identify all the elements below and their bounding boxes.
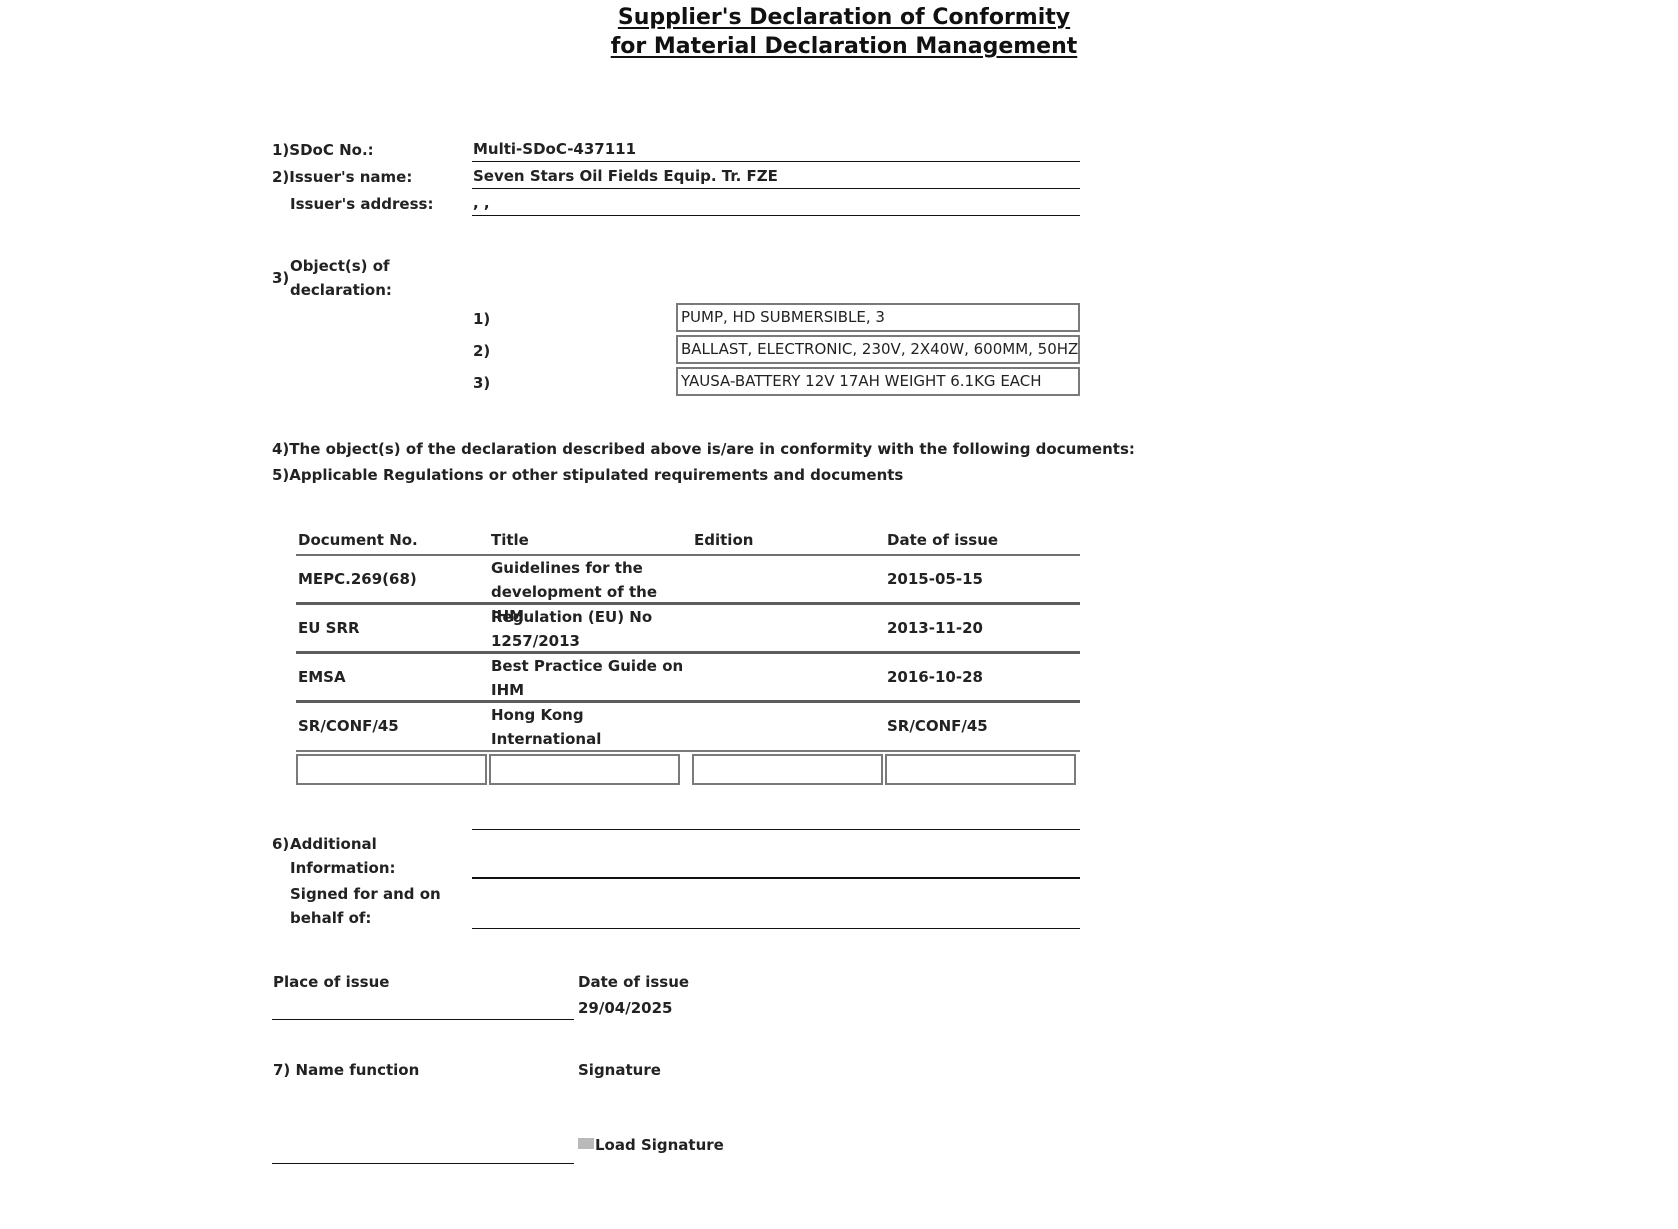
doc-no-cell: MEPC.269(68) <box>298 567 417 591</box>
date-cell: 2016-10-28 <box>887 665 983 689</box>
section-number: 3) <box>272 269 289 287</box>
object-index: 3) <box>473 374 490 392</box>
table-header: Document No. Title Edition Date of issue <box>296 526 1080 556</box>
issuer-address-field[interactable]: , , <box>472 192 1080 216</box>
signature-image-icon <box>578 1138 594 1149</box>
new-title-input[interactable] <box>489 754 680 785</box>
signed-on-behalf-label-line-2: behalf of: <box>290 906 371 930</box>
issuer-name-row-label: 2)Issuer's name: <box>272 165 412 189</box>
sdoc-no-label: SDoC No.: <box>289 141 373 159</box>
additional-info-field[interactable] <box>472 855 1080 879</box>
name-function-label: 7) Name function <box>273 1058 419 1082</box>
table-row: EMSA Best Practice Guide onIHM 2016-10-2… <box>296 654 1080 703</box>
objects-label-line-1: Object(s) of <box>290 254 390 278</box>
signed-on-behalf-label-line-1: Signed for and on <box>290 882 441 906</box>
date-cell: SR/CONF/45 <box>887 714 988 738</box>
column-header-date: Date of issue <box>887 528 998 552</box>
object-index: 1) <box>473 310 490 328</box>
new-document-row <box>296 754 1080 788</box>
conformity-statement: 4)The object(s) of the declaration descr… <box>272 437 1135 461</box>
regulations-heading: 5)Applicable Regulations or other stipul… <box>272 463 903 487</box>
name-function-field[interactable] <box>272 1140 574 1164</box>
section-number: 5) <box>272 466 289 484</box>
section-number: 2) <box>272 168 289 186</box>
table-row: SR/CONF/45 Hong Kong InternationalConven… <box>296 703 1080 752</box>
doc-no-cell: EMSA <box>298 665 346 689</box>
title-line-2: for Material Declaration Management <box>611 34 1078 59</box>
additional-info-top-line <box>472 829 1080 830</box>
documents-table: Document No. Title Edition Date of issue… <box>296 526 1080 788</box>
issuer-name-field[interactable]: Seven Stars Oil Fields Equip. Tr. FZE <box>472 165 1080 189</box>
object-index: 2) <box>473 342 490 360</box>
new-date-input[interactable] <box>885 754 1076 785</box>
title-cell: Regulation (EU) No1257/2013 <box>491 605 691 653</box>
signed-on-behalf-field[interactable] <box>472 905 1080 929</box>
date-of-issue-value[interactable]: 29/04/2025 <box>578 996 672 1020</box>
date-cell: 2015-05-15 <box>887 567 983 591</box>
column-header-edition: Edition <box>694 528 753 552</box>
place-of-issue-label: Place of issue <box>273 970 389 994</box>
additional-info-label-line-2: Information: <box>290 856 396 880</box>
regulations-text: Applicable Regulations or other stipulat… <box>289 466 903 484</box>
new-doc-no-input[interactable] <box>296 754 487 785</box>
document-title: Supplier's Declaration of Conformity for… <box>560 3 1128 61</box>
sdoc-number-row-label: 1)SDoC No.: <box>272 138 374 162</box>
object-field-2[interactable]: BALLAST, ELECTRONIC, 230V, 2X40W, 600MM,… <box>676 335 1080 364</box>
load-signature-button[interactable]: Load Signature <box>578 1133 724 1157</box>
issuer-address-label: Issuer's address: <box>290 192 433 216</box>
column-header-document-no: Document No. <box>298 528 418 552</box>
objects-label-line-2: declaration: <box>290 278 392 302</box>
section-number: 4) <box>272 440 289 458</box>
conformity-text: The object(s) of the declaration describ… <box>289 440 1135 458</box>
object-field-3[interactable]: YAUSA-BATTERY 12V 17AH WEIGHT 6.1KG EACH <box>676 367 1080 396</box>
place-of-issue-field[interactable] <box>272 996 574 1020</box>
section-number: 1) <box>272 141 289 159</box>
load-signature-label: Load Signature <box>595 1136 724 1154</box>
issuer-name-label: Issuer's name: <box>289 168 412 186</box>
doc-no-cell: SR/CONF/45 <box>298 714 399 738</box>
doc-no-cell: EU SRR <box>298 616 360 640</box>
date-cell: 2013-11-20 <box>887 616 983 640</box>
signature-label: Signature <box>578 1058 661 1082</box>
object-field-1[interactable]: PUMP, HD SUBMERSIBLE, 3 <box>676 303 1080 332</box>
additional-info-label-line-1: Additional <box>290 832 377 856</box>
title-line-1: Supplier's Declaration of Conformity <box>618 5 1070 30</box>
date-of-issue-label: Date of issue <box>578 970 689 994</box>
section-number: 6) <box>272 835 289 853</box>
title-cell: Best Practice Guide onIHM <box>491 654 691 702</box>
table-row: EU SRR Regulation (EU) No1257/2013 2013-… <box>296 605 1080 654</box>
table-row: MEPC.269(68) Guidelines for thedevelopme… <box>296 556 1080 605</box>
column-header-title: Title <box>491 528 529 552</box>
sdoc-no-field[interactable]: Multi-SDoC-437111 <box>472 138 1080 162</box>
new-edition-input[interactable] <box>692 754 883 785</box>
